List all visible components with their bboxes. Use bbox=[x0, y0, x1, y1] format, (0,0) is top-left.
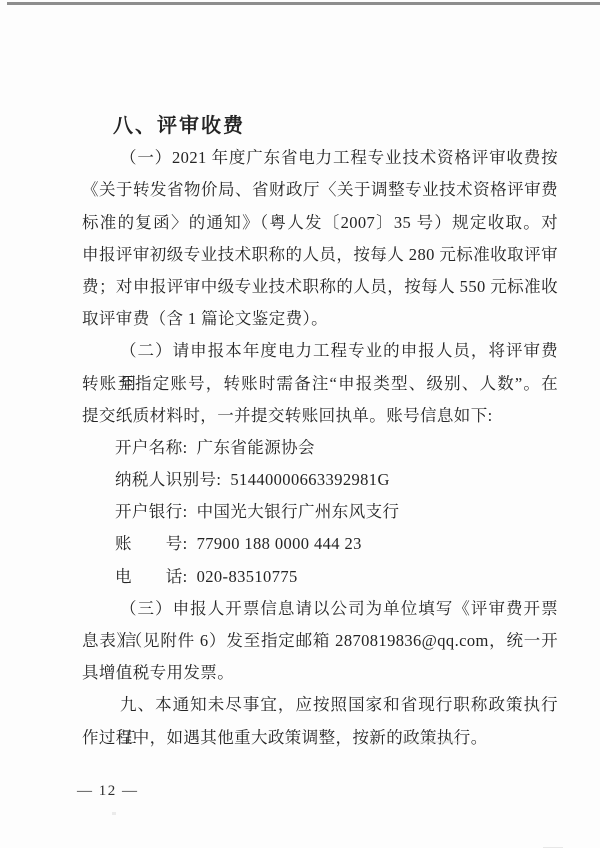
paragraph-line: 具增值税专用发票。 bbox=[82, 657, 558, 689]
paragraph-line: 费；对申报评审中级专业技术职称的人员，按每人 550 元标准收 bbox=[82, 271, 558, 303]
scan-speckle bbox=[402, 741, 460, 743]
paragraph-line: 《关于转发省物价局、省财政厅〈关于调整专业技术资格评审费 bbox=[82, 174, 558, 206]
account-label: 账 号: bbox=[115, 534, 188, 553]
account-row-name: 开户名称:广东省能源协会 bbox=[82, 432, 558, 464]
account-label: 开户名称: bbox=[115, 438, 188, 457]
scan-edge-artifact bbox=[7, 2, 600, 5]
account-row-phone: 电 话:020-83510775 bbox=[82, 561, 558, 593]
paragraph-line: 作过程中，如遇其他重大政策调整，按新的政策执行。 bbox=[82, 722, 558, 754]
paragraph-line: 九、本通知未尽事宜，应按照国家和省现行职称政策执行工 bbox=[82, 689, 558, 721]
paragraph-line: 息表》（见附件 6）发至指定邮箱 2870819836@qq.com，统一开 bbox=[82, 625, 558, 657]
paragraph-line: 申报评审初级专业技术职称的人员，按每人 280 元标准收取评审 bbox=[82, 239, 558, 271]
account-value: 中国光大银行广州东风支行 bbox=[197, 502, 400, 521]
account-value: 020-83510775 bbox=[197, 567, 298, 586]
paragraph-line: 转账至指定账号，转账时需备注“申报类型、级别、人数”。在 bbox=[82, 368, 558, 400]
scan-speckle bbox=[112, 812, 116, 815]
paragraph-line: （二）请申报本年度电力工程专业的申报人员，将评审费用 bbox=[82, 335, 558, 367]
account-row-bank: 开户银行:中国光大银行广州东风支行 bbox=[82, 496, 558, 528]
paragraph-line: （一）2021 年度广东省电力工程专业技术资格评审收费按 bbox=[82, 142, 558, 174]
scanned-document: { "doc": { "heading": "八、评审收费", "para1":… bbox=[0, 0, 600, 848]
paragraph-line: （三）申报人开票信息请以公司为单位填写《评审费开票信 bbox=[82, 593, 558, 625]
account-row-taxid: 纳税人识别号:51440000663392981G bbox=[82, 464, 558, 496]
account-label: 电 话: bbox=[115, 567, 188, 586]
paragraph-line: 提交纸质材料时，一并提交转账回执单。账号信息如下: bbox=[82, 400, 558, 432]
account-value: 77900 188 0000 444 23 bbox=[197, 534, 362, 553]
account-value: 51440000663392981G bbox=[230, 470, 389, 489]
section-heading-8: 八、评审收费 bbox=[82, 110, 558, 142]
document-body: 八、评审收费 （一）2021 年度广东省电力工程专业技术资格评审收费按 《关于转… bbox=[82, 110, 558, 754]
account-value: 广东省能源协会 bbox=[197, 438, 315, 457]
account-label: 开户银行: bbox=[115, 502, 188, 521]
page-number: — 12 — bbox=[77, 783, 139, 800]
paragraph-line: 标准的复函〉的通知》（粤人发〔2007〕35 号）规定收取。对 bbox=[82, 207, 558, 239]
account-label: 纳税人识别号: bbox=[115, 470, 221, 489]
account-row-number: 账 号:77900 188 0000 444 23 bbox=[82, 528, 558, 560]
paragraph-line: 取评审费（含 1 篇论文鉴定费）。 bbox=[82, 303, 558, 335]
